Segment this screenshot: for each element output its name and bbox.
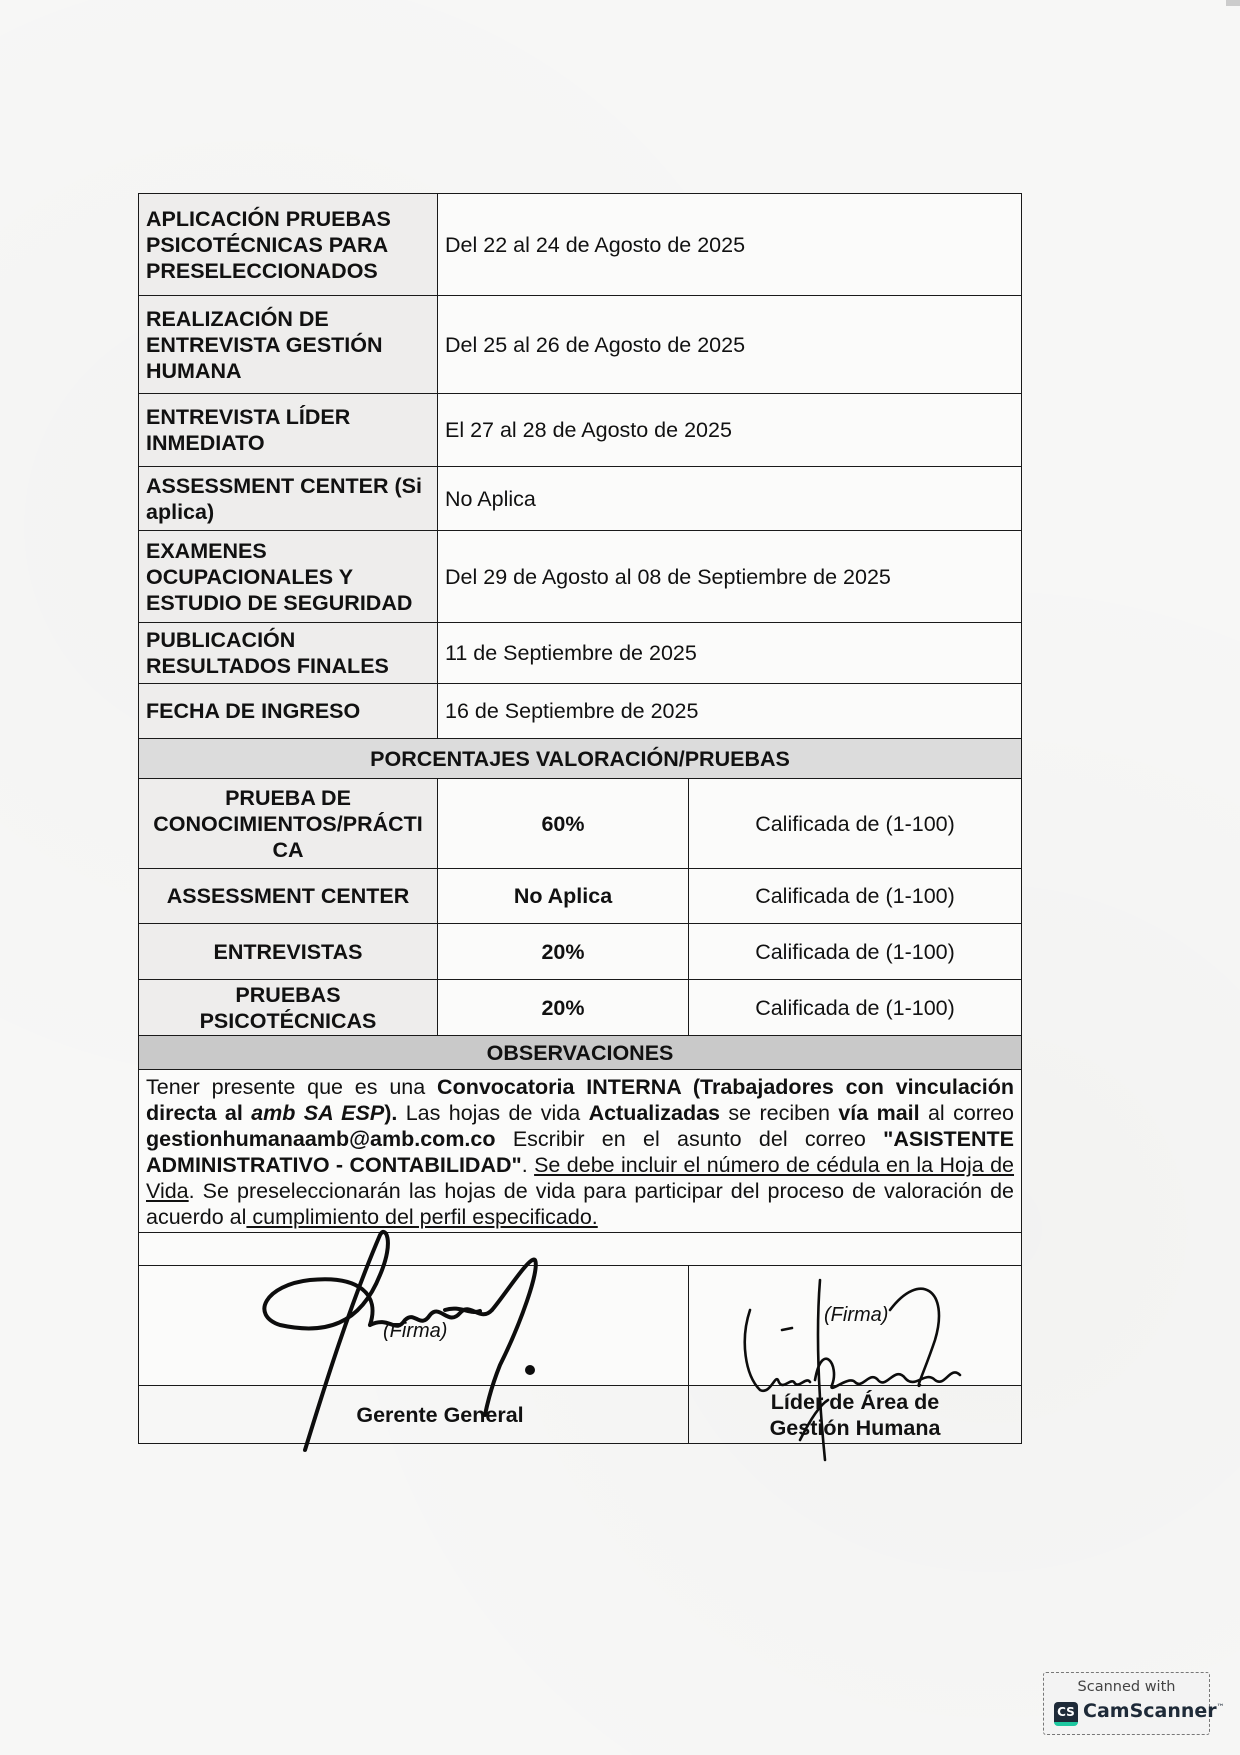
schedule-value: 16 de Septiembre de 2025 [438, 684, 1022, 739]
test-weight: 20% [438, 924, 689, 980]
schedule-value: Del 29 de Agosto al 08 de Septiembre de … [438, 531, 1022, 623]
scan-edge-mark [1226, 0, 1240, 6]
schedule-label: APLICACIÓN PRUEBAS PSICOTÉCNICAS PARA PR… [139, 194, 438, 296]
schedule-label: REALIZACIÓN DE ENTREVISTA GESTIÓN HUMANA [139, 296, 438, 394]
signer-role-left: Gerente General [139, 1386, 689, 1444]
test-name: PRUEBA DE CONOCIMIENTOS/PRÁCTI CA [139, 779, 438, 869]
obs-bold: vía mail [838, 1101, 919, 1125]
schedule-row: REALIZACIÓN DE ENTREVISTA GESTIÓN HUMANA… [139, 296, 1022, 394]
test-scale: Calificada de (1-100) [689, 869, 1022, 924]
percentage-row: PRUEBA DE CONOCIMIENTOS/PRÁCTI CA 60% Ca… [139, 779, 1022, 869]
schedule-row: EXAMENES OCUPACIONALES Y ESTUDIO DE SEGU… [139, 531, 1022, 623]
test-scale: Calificada de (1-100) [689, 924, 1022, 980]
recruitment-schedule-table: APLICACIÓN PRUEBAS PSICOTÉCNICAS PARA PR… [138, 193, 1022, 1444]
test-weight: No Aplica [438, 869, 689, 924]
firma-label: (Firma) [383, 1318, 447, 1344]
test-name: PRUEBAS PSICOTÉCNICAS [139, 980, 438, 1036]
percentages-section-title: PORCENTAJES VALORACIÓN/PRUEBAS [139, 739, 1022, 779]
schedule-label: ENTREVISTA LÍDER INMEDIATO [139, 394, 438, 467]
obs-text: . [522, 1153, 534, 1177]
test-scale: Calificada de (1-100) [689, 980, 1022, 1036]
obs-text: Las hojas de vida [397, 1101, 588, 1125]
obs-underline-profile: cumplimiento del perfil especificado. [246, 1205, 597, 1229]
obs-text: se reciben [720, 1101, 838, 1125]
schedule-label: ASSESSMENT CENTER (Si aplica) [139, 467, 438, 531]
obs-text: Tener presente que es una [146, 1075, 437, 1099]
schedule-value: No Aplica [438, 467, 1022, 531]
test-scale: Calificada de (1-100) [689, 779, 1022, 869]
spacer-row [139, 1233, 1022, 1266]
schedule-label: FECHA DE INGRESO [139, 684, 438, 739]
schedule-label: PUBLICACIÓN RESULTADOS FINALES [139, 623, 438, 684]
observations-text: Tener presente que es una Convocatoria I… [139, 1070, 1022, 1233]
percentage-row: PRUEBAS PSICOTÉCNICAS 20% Calificada de … [139, 980, 1022, 1036]
signer-role-right: Líder de Área de Gestión Humana [689, 1386, 1022, 1444]
test-name: ENTREVISTAS [139, 924, 438, 980]
obs-bold: ). [384, 1101, 397, 1125]
percentage-row: ENTREVISTAS 20% Calificada de (1-100) [139, 924, 1022, 980]
test-weight: 20% [438, 980, 689, 1036]
camscanner-logo-icon: CS [1054, 1702, 1078, 1726]
percentage-row: ASSESSMENT CENTER No Aplica Calificada d… [139, 869, 1022, 924]
watermark-caption: Scanned with [1044, 1679, 1209, 1695]
test-name: ASSESSMENT CENTER [139, 869, 438, 924]
obs-text: al correo [920, 1101, 1014, 1125]
firma-label: (Firma) [824, 1302, 888, 1328]
obs-bold: Actualizadas [589, 1101, 720, 1125]
observations-section-title: OBSERVACIONES [139, 1036, 1022, 1070]
signature-cell-right: (Firma) [689, 1266, 1022, 1386]
watermark-brand: CamScanner™ [1083, 1700, 1225, 1722]
schedule-value: Del 22 al 24 de Agosto de 2025 [438, 194, 1022, 296]
schedule-value: Del 25 al 26 de Agosto de 2025 [438, 296, 1022, 394]
schedule-row: ENTREVISTA LÍDER INMEDIATO El 27 al 28 d… [139, 394, 1022, 467]
contact-email: gestionhumanaamb@amb.com.co [146, 1127, 496, 1151]
obs-text: Escribir en el asunto del correo [496, 1127, 884, 1151]
schedule-value: El 27 al 28 de Agosto de 2025 [438, 394, 1022, 467]
schedule-row: PUBLICACIÓN RESULTADOS FINALES 11 de Sep… [139, 623, 1022, 684]
schedule-row: APLICACIÓN PRUEBAS PSICOTÉCNICAS PARA PR… [139, 194, 1022, 296]
schedule-row: FECHA DE INGRESO 16 de Septiembre de 202… [139, 684, 1022, 739]
schedule-label: EXAMENES OCUPACIONALES Y ESTUDIO DE SEGU… [139, 531, 438, 623]
camscanner-watermark: Scanned with CS CamScanner™ [1043, 1672, 1210, 1735]
schedule-row: ASSESSMENT CENTER (Si aplica) No Aplica [139, 467, 1022, 531]
obs-company-name: amb SA ESP [251, 1101, 384, 1125]
trademark: ™ [1217, 1703, 1225, 1712]
signature-cell-left: (Firma) [139, 1266, 689, 1386]
brand-name: CamScanner [1083, 1700, 1217, 1722]
schedule-value: 11 de Septiembre de 2025 [438, 623, 1022, 684]
test-weight: 60% [438, 779, 689, 869]
